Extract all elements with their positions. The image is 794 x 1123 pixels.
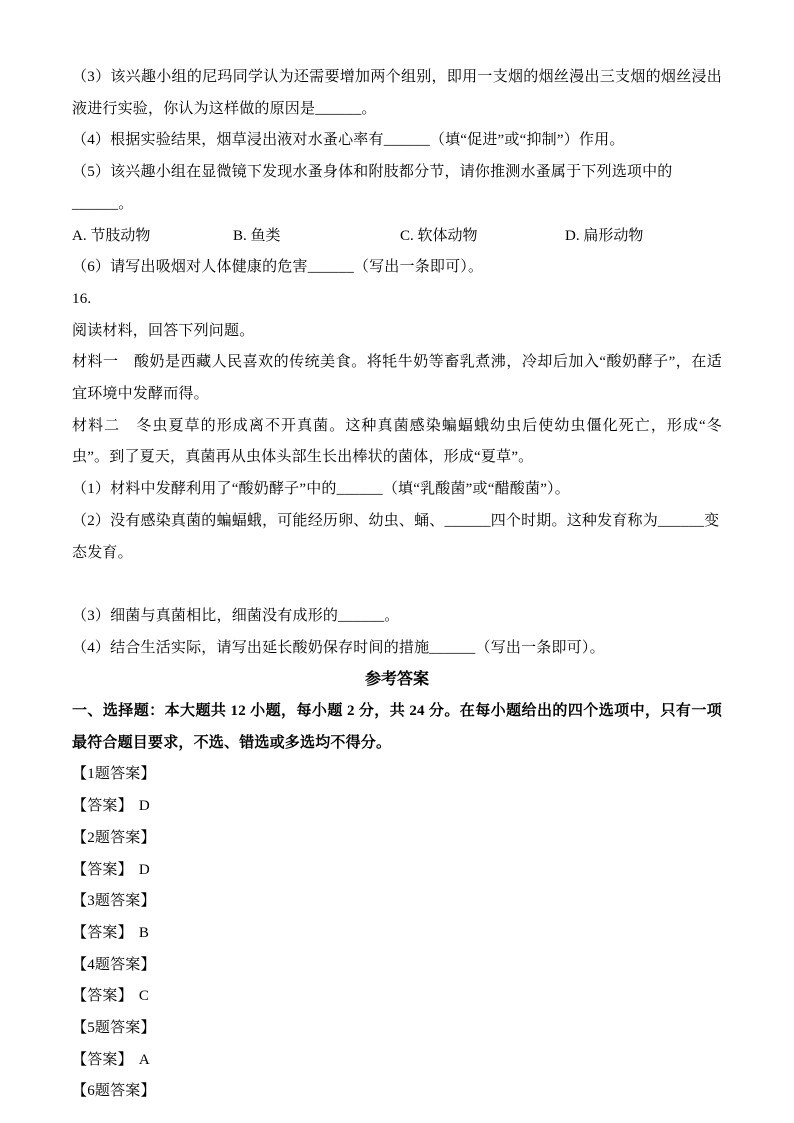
answer-3-value: B [139, 925, 149, 941]
answer-3-line: 【答案】B [72, 918, 722, 950]
answer-prefix: 【答案】 [72, 988, 133, 1004]
answers-section-header: 一、选择题：本大题共 12 小题，每小题 2 分，共 24 分。在每小题给出的四… [72, 696, 722, 759]
q16-intro: 阅读材料，回答下列问题。 [72, 316, 722, 348]
answer-1-label: 【1题答案】 [72, 759, 722, 791]
q16-material-1: 材料一 酸奶是西藏人民喜欢的传统美食。将牦牛奶等畜乳煮沸，冷却后加入“酸奶酵子”… [72, 347, 722, 410]
answer-prefix: 【答案】 [72, 1052, 133, 1068]
q16-material-2: 材料二 冬虫夏草的形成离不开真菌。这种真菌感染蝙蝠蛾幼虫后使幼虫僵化死亡，形成“… [72, 411, 722, 474]
answer-4-value: C [139, 988, 149, 1004]
q15-options: A. 节肢动物 B. 鱼类 C. 软体动物 D. 扁形动物 [72, 221, 722, 253]
answer-3-label: 【3题答案】 [72, 886, 722, 918]
answers-title: 参考答案 [72, 664, 722, 696]
exam-document-page: （3）该兴趣小组的尼玛同学认为还需要增加两个组别，即用一支烟的烟丝漫出三支烟的烟… [0, 0, 794, 1123]
option-d: D. 扁形动物 [565, 221, 722, 253]
option-b: B. 鱼类 [233, 221, 400, 253]
answer-2-line: 【答案】D [72, 855, 722, 887]
answer-5-value: A [139, 1052, 150, 1068]
answer-6-label: 【6题答案】 [72, 1076, 722, 1108]
answer-prefix: 【答案】 [72, 925, 133, 941]
answer-prefix: 【答案】 [72, 798, 133, 814]
answer-1-line: 【答案】D [72, 791, 722, 823]
q16-part4: （4）结合生活实际，请写出延长酸奶保存时间的措施______（写出一条即可）。 [72, 633, 722, 665]
answer-2-label: 【2题答案】 [72, 823, 722, 855]
answer-5-line: 【答案】A [72, 1045, 722, 1077]
q15-part4: （4）根据实验结果，烟草浸出液对水蚤心率有______（填“促进”或“抑制”）作… [72, 125, 722, 157]
q16-part3: （3）细菌与真菌相比，细菌没有成形的______。 [72, 601, 722, 633]
q15-part6: （6）请写出吸烟对人体健康的危害______（写出一条即可）。 [72, 252, 722, 284]
answer-4-line: 【答案】C [72, 981, 722, 1013]
q16-part1: （1）材料中发酵利用了“酸奶酵子”中的______（填“乳酸菌”或“醋酸菌”）。 [72, 474, 722, 506]
spacer-line [72, 569, 722, 601]
q16-number: 16. [72, 284, 722, 316]
option-a: A. 节肢动物 [72, 221, 233, 253]
answer-5-label: 【5题答案】 [72, 1013, 722, 1045]
option-c: C. 软体动物 [400, 221, 565, 253]
q15-part5: （5）该兴趣小组在显微镜下发现水蚤身体和附肢都分节，请你推测水蚤属于下列选项中的… [72, 157, 722, 220]
q15-part3: （3）该兴趣小组的尼玛同学认为还需要增加两个组别，即用一支烟的烟丝漫出三支烟的烟… [72, 62, 722, 125]
answer-prefix: 【答案】 [72, 862, 133, 878]
answer-4-label: 【4题答案】 [72, 950, 722, 982]
q16-part2: （2）没有感染真菌的蝙蝠蛾，可能经历卵、幼虫、蛹、______四个时期。这种发育… [72, 506, 722, 569]
answer-2-value: D [139, 862, 150, 878]
answer-1-value: D [139, 798, 150, 814]
